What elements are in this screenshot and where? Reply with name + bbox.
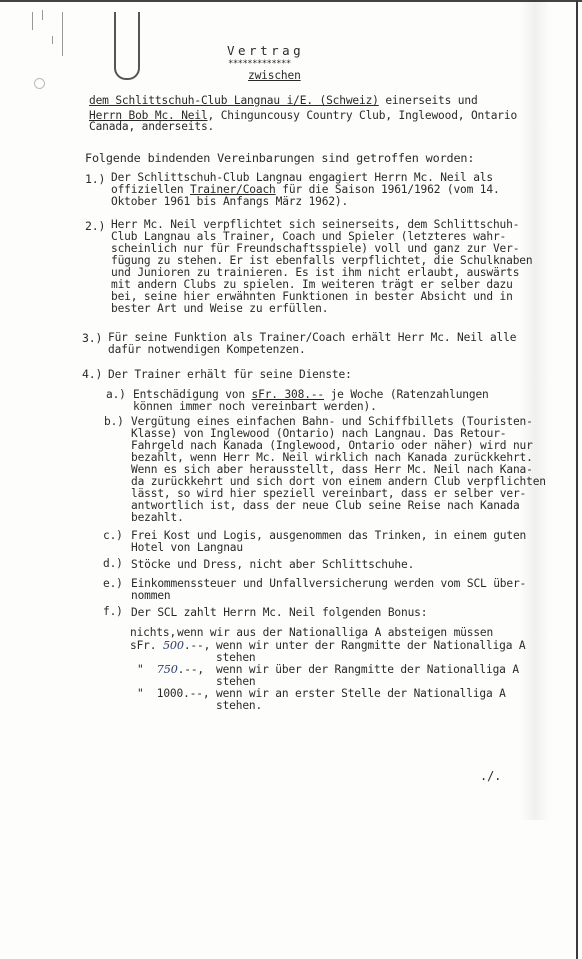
handwritten-amount: 500 — [163, 639, 184, 652]
scan-shadow — [520, 0, 550, 820]
subclause-c-line: Hotel von Langnau — [131, 542, 243, 554]
bonus-amount: " 750.--, — [137, 664, 204, 676]
paperclip-icon — [114, 12, 140, 80]
clause-4-line: Der Trainer erhält für seine Dienste: — [108, 369, 352, 381]
amount-suffix: .--, — [178, 663, 204, 676]
party-1-name: dem Schlittschuh-Club Langnau i/E. (Schw… — [89, 94, 379, 107]
subclause-e-line: Einkommenssteuer und Unfallversicherung … — [131, 578, 526, 590]
amount-text: sFr. — [130, 639, 163, 652]
punch-hole — [34, 78, 45, 89]
subclause-e-letter: e.) — [103, 578, 123, 590]
subclause-a-line: können immer noch vereinbart werden). — [133, 401, 377, 413]
subclause-b-letter: b.) — [104, 416, 124, 428]
amount-text: nichts, — [130, 626, 176, 639]
clause-2-number: 2.) — [85, 220, 105, 232]
margin-marks — [28, 8, 78, 58]
clause-1-line: Oktober 1961 bis Anfangs März 1962). — [111, 196, 348, 208]
scanned-contract-page: Vertrag ************* zwischen dem Schli… — [0, 0, 582, 959]
subclause-f-letter: f.) — [103, 606, 123, 618]
subclause-f-line: Der SCL zahlt Herrn Mc. Neil folgenden B… — [131, 607, 427, 619]
amount-suffix: .--, — [184, 639, 210, 652]
bonus-condition: wenn wir unter der Rangmitte der Nationa… — [216, 640, 526, 652]
clause-3-line: dafür notwendigen Kompetenzen. — [108, 344, 306, 356]
document-title: Vertrag — [227, 45, 304, 57]
scan-right-edge — [576, 0, 578, 959]
continuation-mark: ./. — [480, 770, 501, 782]
bonus-condition: wenn wir über der Rangmitte der National… — [216, 664, 519, 676]
clause-3-number: 3.) — [82, 332, 102, 344]
amount-text: " — [137, 663, 157, 676]
subclause-d-line: Stöcke und Dress, nicht aber Schlittschu… — [131, 559, 414, 571]
subclause-c-letter: c.) — [103, 530, 123, 542]
bonus-amount: nichts, — [130, 627, 176, 639]
bonus-amount: " 1000.--, — [137, 688, 209, 700]
amount-text: " 1000.--, — [137, 687, 209, 700]
subclause-e-line: nommen — [131, 590, 171, 602]
subclause-d-letter: d.) — [103, 558, 123, 570]
clause-2-line: bester Art und Weise zu erfüllen. — [111, 303, 328, 315]
bonus-amount: sFr. 500.--, — [130, 640, 210, 652]
scan-top-edge — [0, 0, 582, 2]
handwritten-amount: 750 — [157, 663, 178, 676]
party-1-suffix: einerseits und — [379, 94, 478, 107]
clause-1-number: 1.) — [85, 173, 105, 185]
intro-text: Folgende bindenden Vereinbarungen sind g… — [85, 152, 474, 164]
party-2-line2: Canada, anderseits. — [89, 121, 214, 133]
bonus-condition: wenn wir aus der Nationalliga A absteige… — [177, 627, 493, 639]
between-label: zwischen — [248, 70, 301, 82]
clause-4-number: 4.) — [82, 368, 102, 380]
subclause-a-letter: a.) — [106, 389, 126, 401]
subclause-b-line: bezahlt. — [131, 512, 184, 524]
bonus-condition: stehen. — [216, 700, 262, 712]
subclause-b-line: antwortlich ist, dass der neue Club sein… — [131, 500, 520, 512]
party-2-suffix: , Chinguncousy Country Club, Inglewood, … — [208, 109, 518, 122]
party-1: dem Schlittschuh-Club Langnau i/E. (Schw… — [89, 95, 478, 107]
